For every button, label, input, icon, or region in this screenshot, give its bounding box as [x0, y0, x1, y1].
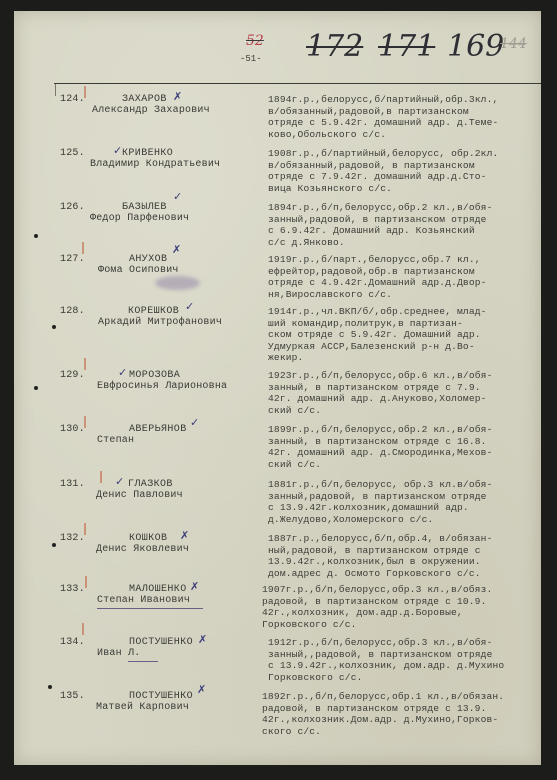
- handwritten-check-icon: ✓: [190, 416, 199, 429]
- margin-mark: [82, 623, 84, 635]
- entry-number: 132.: [60, 533, 85, 544]
- handwritten-check-icon: ✓: [185, 300, 194, 313]
- faint-page-number: 144: [500, 36, 527, 52]
- entry-number: 134.: [60, 637, 85, 648]
- entry-given-name: Евфросинья Ларионовна: [97, 381, 227, 392]
- entry-bio: 1894г.р.,белорусс,б/партийный,обр.3кл., …: [268, 94, 530, 140]
- entry-bio: 1919г.р.,б/парт.,белорусс,обр.7 кл., ефр…: [268, 254, 530, 300]
- entry-given-name: Степан Иванович: [97, 595, 190, 606]
- handwritten-check-icon: ✗: [190, 580, 199, 593]
- header-divider: [54, 83, 541, 84]
- handwritten-page-number: 169: [447, 30, 504, 64]
- entry-bio: 1908г.р.,б/партийный,белорусс, обр.2кл. …: [268, 148, 530, 194]
- margin-mark: [85, 576, 87, 588]
- entry-number: 131.: [60, 479, 85, 490]
- entry-bio: 1899г.р.,б/п,белорусс,обр.2 кл.,в/обя- з…: [268, 424, 530, 470]
- entry-surname: КОРЕШКОВ: [128, 306, 179, 317]
- punch-hole: [52, 543, 56, 547]
- entry-given-name: Владимир Кондратьевич: [90, 159, 220, 170]
- handwritten-check-icon: ✓: [118, 366, 127, 379]
- entry-number: 124.: [60, 94, 85, 105]
- margin-tick: [55, 84, 56, 96]
- entry-bio: 1892г.р.,б/п,белорусс,обр.1 кл.,в/обязан…: [262, 691, 524, 737]
- entry-surname: КОШКОВ: [129, 533, 167, 544]
- entry-bio: 1894г.р.,б/п,белорусс,обр.2 кл.,в/обя- з…: [268, 202, 530, 248]
- entry-given-name: Матвей Карпович: [96, 702, 189, 713]
- entry-given-name: Федор Парфенович: [90, 213, 189, 224]
- entry-bio: 1907г.р.,б/п,белорусс,обр.3 кл.,в/обяз. …: [262, 584, 524, 630]
- entry-number: 125.: [60, 148, 85, 159]
- entry-bio: 1923г.р.,б/п,белорусс,обр.6 кл.,в/обя- з…: [268, 370, 530, 416]
- handwritten-check-icon: ✓: [115, 475, 124, 488]
- handwritten-check-icon: ✗: [197, 683, 206, 696]
- entry-number: 126.: [60, 202, 85, 213]
- entry-given-name: Фома Осипович: [98, 265, 179, 276]
- punch-hole: [48, 685, 52, 689]
- entry-given-name: Иван Л.: [97, 648, 140, 659]
- entry-given-name: Степан: [97, 435, 134, 446]
- entry-surname: МОРОЗОВА: [129, 370, 180, 381]
- handwritten-underline: [128, 661, 158, 662]
- punch-hole: [34, 386, 38, 390]
- punch-hole: [34, 234, 38, 238]
- entry-bio: 1887г.р.,белорусс,б/п,обр.4, в/обязан- н…: [268, 533, 530, 579]
- entry-number: 127.: [60, 254, 85, 265]
- entry-number: 133.: [60, 584, 85, 595]
- entry-given-name: Александр Захарович: [92, 105, 210, 116]
- entry-surname: ПОСТУШЕНКО: [129, 691, 193, 702]
- entry-surname: ЗАХАРОВ: [122, 94, 167, 105]
- handwritten-check-icon: ✗: [172, 243, 181, 256]
- entry-given-name: Аркадий Митрофанович: [98, 317, 222, 328]
- entry-bio: 1912г.р.,б/п,белорусс,обр.3 кл.,в/обя- з…: [268, 637, 530, 683]
- handwritten-check-icon: ✓: [173, 190, 182, 203]
- handwritten-check-icon: ✗: [180, 529, 189, 542]
- handwritten-check-icon: ✓: [113, 144, 122, 157]
- entry-number: 129.: [60, 370, 85, 381]
- ink-stain: [155, 276, 200, 290]
- entry-surname: АНУХОВ: [129, 254, 167, 265]
- punch-hole: [52, 325, 56, 329]
- margin-mark: [84, 358, 86, 370]
- entry-number: 135.: [60, 691, 85, 702]
- handwritten-check-icon: ✗: [173, 90, 182, 103]
- margin-mark: [82, 242, 84, 254]
- entry-number: 130.: [60, 424, 85, 435]
- entry-surname: ГЛАЗКОВ: [128, 479, 173, 490]
- handwritten-underline: [97, 608, 203, 609]
- entry-surname: БАЗЫЛЕВ: [122, 202, 167, 213]
- red-page-number: 52: [246, 33, 264, 49]
- entry-surname: АВЕРЬЯНОВ: [129, 424, 187, 435]
- margin-mark: [100, 471, 102, 483]
- entry-given-name: Денис Павлович: [96, 490, 183, 501]
- entry-number: 128.: [60, 306, 85, 317]
- handwritten-number-struck-1: 172: [306, 30, 363, 64]
- entry-surname: МАЛОШЕНКО: [129, 584, 187, 595]
- entry-given-name: Денис Яковлевич: [96, 544, 189, 555]
- entry-surname: ПОСТУШЕНКО: [129, 637, 193, 648]
- entry-surname: КРИВЕНКО: [122, 148, 173, 159]
- entry-bio: 1914г.р.,чл.ВКП/б/,обр.среднее, млад- ши…: [268, 306, 530, 364]
- entry-bio: 1881г.р.,б/п,белорусс, обр.3 кл.в/обя- з…: [268, 479, 530, 525]
- handwritten-check-icon: ✗: [198, 633, 207, 646]
- typed-page-number: -51-: [240, 54, 262, 64]
- handwritten-number-struck-2: 171: [378, 30, 435, 64]
